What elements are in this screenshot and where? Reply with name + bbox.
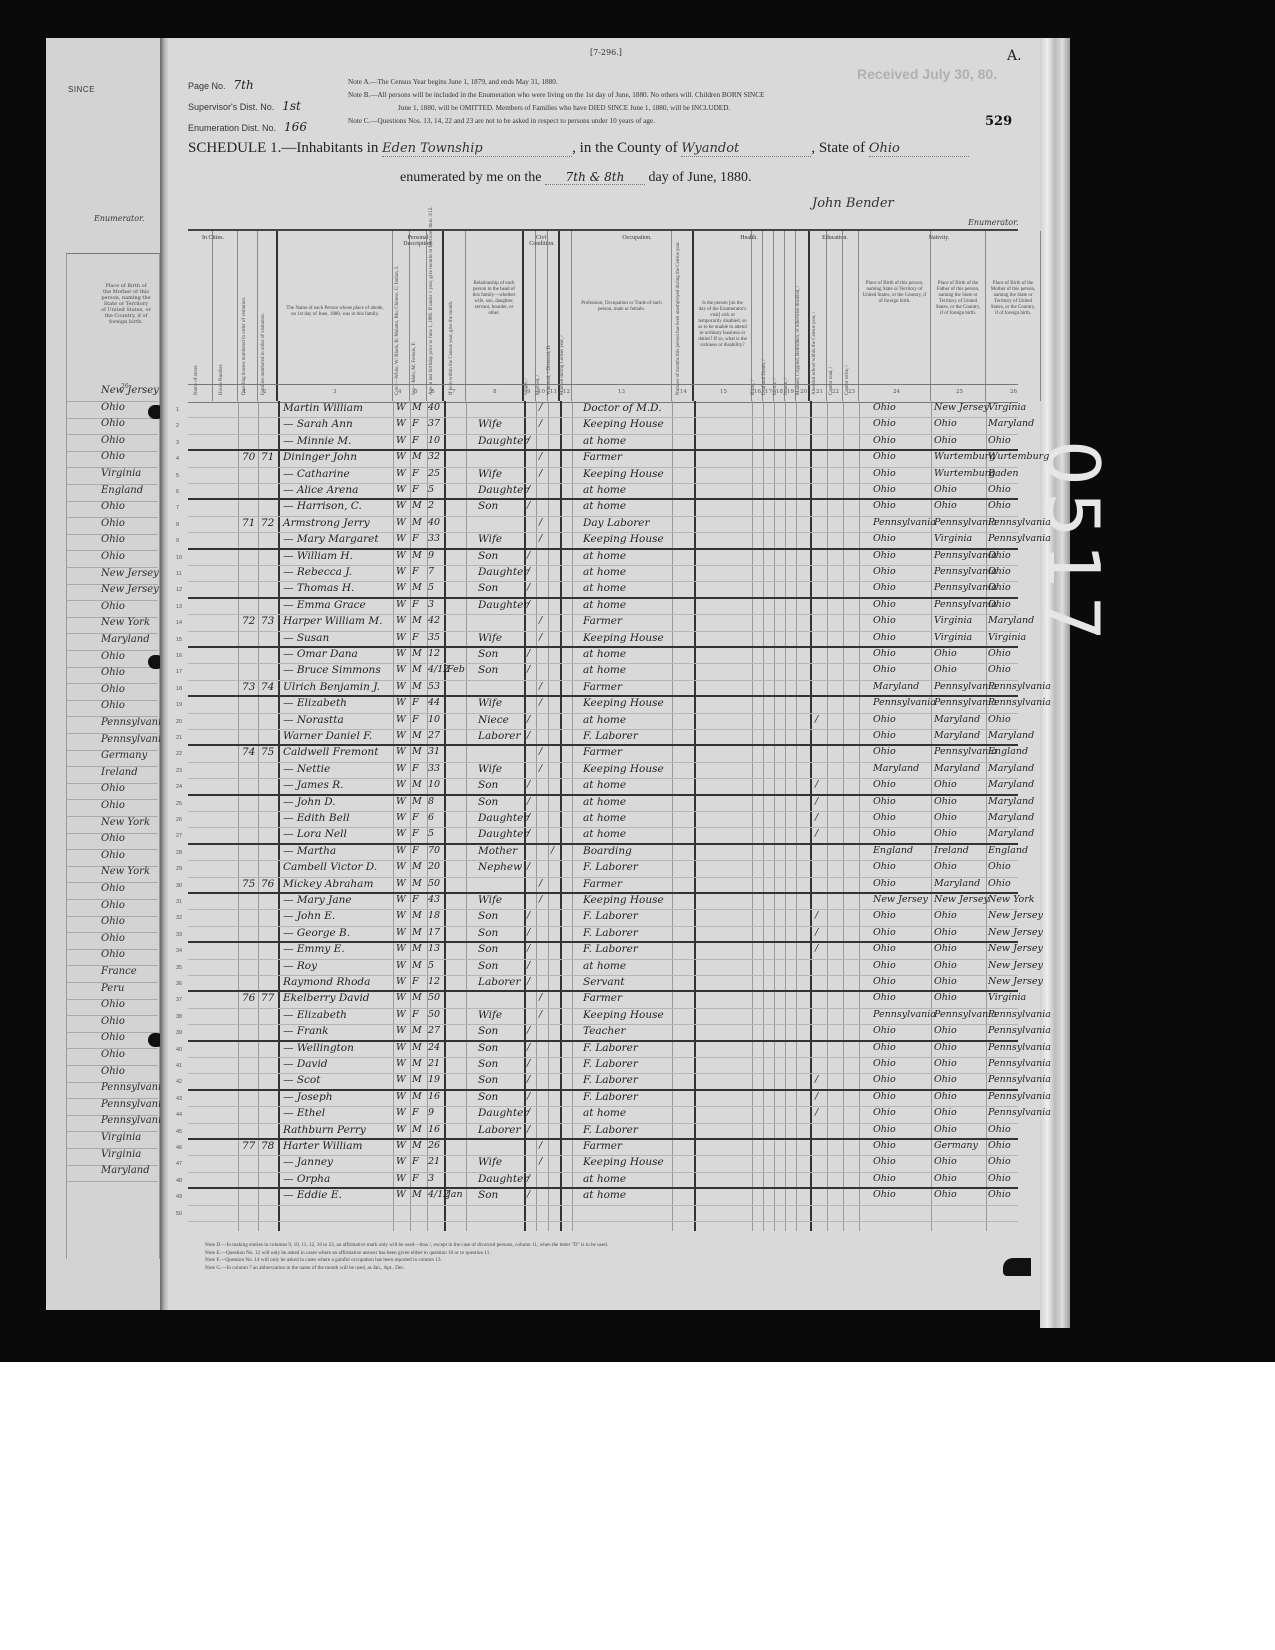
relationship: Son	[478, 1025, 498, 1037]
relationship: Son	[478, 927, 498, 939]
left-page-mother-birthplace: Virginia	[101, 1149, 141, 1160]
line-number: 49	[176, 1194, 182, 1200]
color: W	[396, 1156, 406, 1167]
color: W	[396, 632, 406, 643]
mother-birthplace: Pennsylvania	[988, 1025, 1051, 1036]
person-name: — Elizabeth	[283, 697, 347, 709]
left-page-mother-birthplace: Ohio	[101, 833, 125, 844]
father-birthplace: Germany	[934, 1140, 978, 1151]
left-page-mother-birthplace: Ohio	[101, 1032, 125, 1043]
relationship: Daughter	[478, 599, 528, 611]
father-birthplace: Ohio	[934, 992, 957, 1003]
person-name: Rathburn Perry	[283, 1124, 366, 1136]
color: W	[396, 1140, 406, 1151]
column-number: 21	[816, 389, 823, 395]
birthplace: Ohio	[873, 582, 896, 593]
person-name: — Rebecca J.	[283, 566, 352, 578]
mother-birthplace: Virginia	[988, 402, 1026, 413]
school-mark: /	[815, 1107, 818, 1118]
single-mark: /	[527, 828, 530, 839]
note-g: Note G.—In column 7 an abbreviation in t…	[205, 1265, 608, 1273]
single-mark: /	[527, 976, 530, 987]
single-mark: /	[527, 730, 530, 741]
person-name: — Ethel	[283, 1107, 325, 1119]
color: W	[396, 730, 406, 741]
birthplace: Ohio	[873, 632, 896, 643]
birthplace: Ohio	[873, 1042, 896, 1053]
school-mark: /	[815, 714, 818, 725]
single-mark: /	[527, 664, 530, 675]
single-mark: /	[527, 861, 530, 872]
occupation: Keeping House	[583, 1156, 664, 1168]
received-stamp: Received July 30, 80.	[857, 66, 997, 82]
mother-birthplace: Pennsylvania	[988, 1058, 1051, 1069]
col-cannot-write: Cannot write, /	[843, 231, 859, 401]
left-page-row: New York	[66, 865, 158, 883]
mother-birthplace: Ohio	[988, 435, 1011, 446]
left-page-row: Ohio	[66, 799, 158, 817]
supervisor-dist-value: 1st	[282, 99, 301, 113]
age: 13	[428, 943, 440, 954]
person-name: — Mary Margaret	[283, 533, 379, 545]
person-name: — Susan	[283, 632, 329, 644]
col-birthplace: Nativity.Place of Birth of this person, …	[859, 231, 931, 401]
line-number: 46	[176, 1145, 182, 1151]
table-row: 45Rathburn PerryWM16Laborer/F. LaborerOh…	[188, 1124, 1018, 1140]
page-no-label: Page No.	[188, 81, 226, 91]
birthplace: Ohio	[873, 878, 896, 889]
schedule-prefix: SCHEDULE 1.—Inhabitants in	[188, 140, 378, 156]
table-row: 26— Edith BellWF6Daughter/at home/OhioOh…	[188, 812, 1018, 828]
married-mark: /	[539, 681, 542, 692]
left-page-mother-birthplace: New York	[101, 817, 150, 828]
line-number: 21	[176, 735, 182, 741]
left-page-mother-birthplace: Ohio	[101, 684, 125, 695]
relationship: Son	[478, 910, 498, 922]
note-a: Note A.—The Census Year begins June 1, 1…	[348, 76, 764, 89]
line-number: 26	[176, 817, 182, 823]
sex: M	[412, 1189, 422, 1200]
family-number: 74	[261, 681, 274, 693]
person-name: — Omar Dana	[283, 648, 358, 660]
enumeration-dist-field: Enumeration Dist. No.166	[188, 120, 307, 134]
person-name: — Harrison, C.	[283, 500, 362, 512]
relationship: Son	[478, 1074, 498, 1086]
mother-birthplace: Ohio	[988, 664, 1011, 675]
left-page-row: Virginia	[66, 1148, 158, 1166]
birthplace: Ohio	[873, 779, 896, 790]
relationship: Son	[478, 500, 498, 512]
note-f: Note F.—Question No. 14 will only be ask…	[205, 1257, 608, 1265]
color: W	[396, 812, 406, 823]
table-row: 5— CatharineWF25Wife/Keeping HouseOhioWu…	[188, 468, 1018, 484]
left-page-mother-birthplace: Ohio	[101, 883, 125, 894]
line-number: 42	[176, 1079, 182, 1085]
person-name: — Janney	[283, 1156, 333, 1168]
color: W	[396, 960, 406, 971]
enumerated-suffix: day of June, 1880.	[649, 170, 752, 185]
relationship: Son	[478, 943, 498, 955]
married-mark: /	[539, 697, 542, 708]
col-color-label: Color—White, W; Black, B; Mulatto, Mu; C…	[395, 266, 401, 395]
relationship: Wife	[478, 533, 502, 545]
married-mark: /	[539, 632, 542, 643]
color: W	[396, 566, 406, 577]
person-name: — John E.	[283, 910, 335, 922]
corner-letter: A.	[1007, 48, 1022, 64]
left-page-mother-birthplace: New Jersey	[101, 385, 159, 396]
column-number: 24	[893, 389, 900, 395]
father-birthplace: Wurtemburg	[934, 468, 995, 479]
birthplace: Ohio	[873, 550, 896, 561]
family-number: 73	[261, 615, 274, 627]
left-page-mother-birthplace: Ohio	[101, 916, 125, 927]
father-birthplace: Ohio	[934, 910, 957, 921]
father-birthplace: Virginia	[934, 533, 972, 544]
mother-birthplace: Ohio	[988, 878, 1011, 889]
relationship: Son	[478, 1042, 498, 1054]
father-birthplace: Maryland	[934, 714, 980, 725]
line-number: 5	[176, 473, 179, 479]
birthplace: Ohio	[873, 418, 896, 429]
person-name: — Minnie M.	[283, 435, 351, 447]
single-mark: /	[527, 796, 530, 807]
father-birthplace: Ohio	[934, 927, 957, 938]
page-no-field: Page No.7th	[188, 78, 254, 92]
col-maimed: Maimed, Crippled, Bedridden, or otherwis…	[796, 231, 810, 401]
sex: M	[412, 960, 422, 971]
left-page-row: Ohio	[66, 849, 158, 867]
left-page-row: Ohio	[66, 998, 158, 1016]
father-birthplace: Ohio	[934, 484, 957, 495]
occupation: Keeping House	[583, 418, 664, 430]
age: 9	[428, 550, 434, 561]
mother-birthplace: Pennsylvania	[988, 517, 1051, 528]
color: W	[396, 828, 406, 839]
left-page-mother-birthplace: Pennsylvania	[101, 1099, 167, 1110]
age: 24	[428, 1042, 440, 1053]
occupation: F. Laborer	[583, 910, 638, 922]
left-page-mother-birthplace: Ohio	[101, 933, 125, 944]
single-mark: /	[527, 648, 530, 659]
married-mark: /	[539, 402, 542, 413]
father-birthplace: Ohio	[934, 418, 957, 429]
column-number: 6	[431, 389, 435, 395]
age: 33	[428, 533, 440, 544]
left-page-mother-birthplace: England	[101, 485, 143, 496]
table-row: 35— RoyWM5Son/at homeOhioOhioNew Jersey	[188, 960, 1018, 976]
family-number: 75	[261, 746, 274, 758]
dwelling-number: 74	[242, 746, 255, 758]
col-deaf: Deaf and Dumb, /	[763, 231, 774, 401]
single-mark: /	[527, 599, 530, 610]
birthplace: Ohio	[873, 566, 896, 577]
person-name: — John D.	[283, 796, 336, 808]
left-page-mother-birthplace: France	[101, 966, 137, 977]
occupation: Keeping House	[583, 894, 664, 906]
table-row: 27— Lora NellWF5Daughter/at home/OhioOhi…	[188, 828, 1018, 844]
col-idiotic: Idiotic, /	[774, 231, 785, 401]
table-row: 49— Eddie E.WM4/12JanSon/at homeOhioOhio…	[188, 1189, 1018, 1205]
left-page-row: Ohio	[66, 500, 158, 518]
relationship: Wife	[478, 418, 502, 430]
mother-birthplace: Maryland	[988, 779, 1034, 790]
col-father-label: Place of Birth of the Father of this per…	[936, 281, 981, 316]
single-mark: /	[527, 1058, 530, 1069]
married-mark: /	[539, 533, 542, 544]
age: 3	[428, 1173, 434, 1184]
left-page-row: Ohio	[66, 782, 158, 800]
relationship: Wife	[478, 632, 502, 644]
left-page-row: Pennsylvania	[66, 716, 158, 734]
color: W	[396, 1058, 406, 1069]
table-row: 12— Thomas H.WM5Son/at homeOhioPennsylva…	[188, 582, 1018, 598]
column-number: 8	[493, 389, 497, 395]
occupation: Day Laborer	[583, 517, 649, 529]
occupation: Keeping House	[583, 1009, 664, 1021]
married-mark: /	[539, 418, 542, 429]
occupation: at home	[583, 796, 626, 808]
person-name: — Norastta	[283, 714, 344, 726]
birthplace: Ohio	[873, 1091, 896, 1102]
person-name: — Emma Grace	[283, 599, 366, 611]
sex: F	[412, 599, 419, 610]
column-number: 23	[848, 389, 855, 395]
person-name: — Edith Bell	[283, 812, 350, 824]
person-name: Cambell Victor D.	[283, 861, 377, 873]
age: 33	[428, 763, 440, 774]
birthplace: Ohio	[873, 1124, 896, 1135]
birth-month: Feb	[447, 664, 465, 675]
table-row: 227475Caldwell FremontWM31/FarmerOhioPen…	[188, 746, 1018, 762]
sex: F	[412, 1173, 419, 1184]
sex: F	[412, 763, 419, 774]
occupation: F. Laborer	[583, 943, 638, 955]
age: 50	[428, 1009, 440, 1020]
single-mark: /	[527, 484, 530, 495]
left-page-enumerator-label: Enumerator.	[94, 214, 145, 223]
left-page-row: New Jersey	[66, 384, 158, 402]
table-row: 38— ElizabethWF50Wife/Keeping HousePenns…	[188, 1009, 1018, 1025]
relationship: Daughter	[478, 812, 528, 824]
school-mark: /	[815, 812, 818, 823]
married-mark: /	[539, 451, 542, 462]
birthplace: Ohio	[873, 664, 896, 675]
widowed-mark: /	[551, 845, 554, 856]
dwelling-number: 77	[242, 1140, 255, 1152]
age: 10	[428, 714, 440, 725]
line-number: 28	[176, 850, 182, 856]
line-number: 18	[176, 686, 182, 692]
occupation: at home	[583, 664, 626, 676]
table-row: 32— John E.WM18Son/F. Laborer/OhioOhioNe…	[188, 910, 1018, 926]
left-page-row: England	[66, 484, 158, 502]
color: W	[396, 418, 406, 429]
birthplace: Maryland	[873, 681, 919, 692]
person-name: — David	[283, 1058, 328, 1070]
father-birthplace: Ohio	[934, 976, 957, 987]
note-b: Note B.—All persons will be included in …	[348, 89, 764, 102]
father-birthplace: Virginia	[934, 615, 972, 626]
father-birthplace: Ohio	[934, 1058, 957, 1069]
enumerated-days: 7th & 8th	[545, 170, 645, 185]
left-page-mother-birthplace: Ohio	[101, 1066, 125, 1077]
left-page-mother-birthplace: New Jersey	[101, 568, 159, 579]
color: W	[396, 500, 406, 511]
single-mark: /	[527, 566, 530, 577]
single-mark: /	[527, 550, 530, 561]
column-number: 3	[333, 389, 337, 395]
person-name: — Mary Jane	[283, 894, 352, 906]
table-row: 28— MarthaWF70Mother/BoardingEnglandIrel…	[188, 845, 1018, 861]
left-page-mother-birthplace: Maryland	[101, 634, 150, 645]
line-number: 36	[176, 981, 182, 987]
mother-birthplace: Pennsylvania	[988, 1091, 1051, 1102]
age: 3	[428, 599, 434, 610]
sex: F	[412, 533, 419, 544]
line-number: 17	[176, 669, 182, 675]
person-name: — Emmy E.	[283, 943, 345, 955]
age: 16	[428, 1091, 440, 1102]
age: 12	[428, 976, 440, 987]
left-page-row: Ohio	[66, 1031, 158, 1049]
sex: F	[412, 435, 419, 446]
left-page-column-header: Place of Birth of the Mother of this per…	[101, 283, 151, 325]
color: W	[396, 1009, 406, 1020]
table-row: 307576Mickey AbrahamWM50/FarmerOhioMaryl…	[188, 878, 1018, 894]
left-page-row: Ohio	[66, 948, 158, 966]
person-name: — Elizabeth	[283, 1009, 347, 1021]
col-name: The Name of each Person whose place of a…	[278, 231, 393, 401]
relationship: Niece	[478, 714, 509, 726]
birthplace: Ohio	[873, 992, 896, 1003]
father-birthplace: Ohio	[934, 1189, 957, 1200]
enumerator-signature: John Bender	[812, 196, 894, 211]
left-page-row: Ohio	[66, 434, 158, 452]
color: W	[396, 533, 406, 544]
dwelling-number: 75	[242, 878, 255, 890]
color: W	[396, 1124, 406, 1135]
color: W	[396, 1025, 406, 1036]
relationship: Laborer	[478, 730, 521, 742]
sex: F	[412, 828, 419, 839]
header-notes: Note A.—The Census Year begins June 1, 1…	[348, 76, 764, 128]
person-name: Mickey Abraham	[283, 878, 373, 890]
mother-birthplace: England	[988, 746, 1028, 757]
table-row: 10— William H.WM9Son/at homeOhioPennsylv…	[188, 550, 1018, 566]
color: W	[396, 943, 406, 954]
married-mark: /	[539, 763, 542, 774]
mother-birthplace: Maryland	[988, 730, 1034, 741]
table-row: 47071Dininger JohnWM32/FarmerOhioWurtemb…	[188, 451, 1018, 467]
form-number: [7-296.]	[590, 48, 622, 57]
school-mark: /	[815, 779, 818, 790]
color: W	[396, 910, 406, 921]
age: 53	[428, 681, 440, 692]
col-married-year: Married during Census year, /	[560, 231, 572, 401]
single-mark: /	[527, 960, 530, 971]
birthplace: Ohio	[873, 1173, 896, 1184]
birthplace: Ohio	[873, 599, 896, 610]
relationship: Wife	[478, 1009, 502, 1021]
col-relationship: Relationship of each person to the head …	[466, 231, 524, 401]
father-birthplace: Wurtemburg	[934, 451, 995, 462]
person-name: Martin William	[283, 402, 363, 414]
father-birthplace: Ohio	[934, 960, 957, 971]
school-mark: /	[815, 1074, 818, 1085]
birth-month: Jan	[447, 1189, 463, 1200]
school-mark: /	[815, 796, 818, 807]
single-mark: /	[527, 1107, 530, 1118]
left-page-row: Ohio	[66, 683, 158, 701]
table-row: 34— Emmy E.WM13Son/F. Laborer/OhioOhioNe…	[188, 943, 1018, 959]
age: 21	[428, 1058, 440, 1069]
single-mark: /	[527, 1074, 530, 1085]
person-name: — George B.	[283, 927, 350, 939]
person-name: — Scot	[283, 1074, 320, 1086]
schedule-title: SCHEDULE 1.—Inhabitants in Eden Township…	[188, 140, 969, 157]
line-number: 32	[176, 915, 182, 921]
col-father-birthplace: Place of Birth of the Father of this per…	[931, 231, 986, 401]
left-page-row: Ohio	[66, 666, 158, 684]
color: W	[396, 402, 406, 413]
single-mark: /	[527, 1124, 530, 1135]
occupation: Teacher	[583, 1025, 626, 1037]
line-number: 8	[176, 522, 179, 528]
col-school: Education.Attended school within the Cen…	[810, 231, 827, 401]
column-number: 25	[956, 389, 963, 395]
sex: M	[412, 648, 422, 659]
person-name: — Joseph	[283, 1091, 332, 1103]
left-page-row: Pennsylvania	[66, 1098, 158, 1116]
left-page-row: Pennsylvania	[66, 733, 158, 751]
sex: F	[412, 632, 419, 643]
state-value: Ohio	[869, 141, 969, 157]
left-page-mother-birthplace: Virginia	[101, 468, 141, 479]
person-name: Harter William	[283, 1140, 362, 1152]
left-page-row: Ohio	[66, 899, 158, 917]
color: W	[396, 894, 406, 905]
person-name: — Orpha	[283, 1173, 330, 1185]
sex: M	[412, 550, 422, 561]
column-number: 20	[800, 389, 807, 395]
mother-birthplace: Maryland	[988, 812, 1034, 823]
school-mark: /	[815, 910, 818, 921]
birthplace: Ohio	[873, 1140, 896, 1151]
relationship: Son	[478, 648, 498, 660]
relationship: Daughter	[478, 484, 528, 496]
left-page-row: Ohio	[66, 932, 158, 950]
birthplace: Ohio	[873, 746, 896, 757]
line-number: 14	[176, 620, 182, 626]
note-b-cont: June 1, 1880, will be OMITTED. Members o…	[348, 102, 764, 115]
relationship: Daughter	[478, 566, 528, 578]
married-mark: /	[539, 468, 542, 479]
mother-birthplace: Ohio	[988, 714, 1011, 725]
birthplace: Ohio	[873, 910, 896, 921]
person-name: — Eddie E.	[283, 1189, 342, 1201]
note-e: Note E.—Question No. 12 will only be ask…	[205, 1250, 608, 1258]
family-number: 72	[261, 517, 274, 529]
father-birthplace: Ohio	[934, 1091, 957, 1102]
occupation: at home	[583, 828, 626, 840]
relationship: Wife	[478, 763, 502, 775]
single-mark: /	[527, 1173, 530, 1184]
mother-birthplace: Maryland	[988, 796, 1034, 807]
father-birthplace: Ohio	[934, 796, 957, 807]
col-occupation-label: Profession, Occupation or Trade of each …	[581, 301, 662, 312]
line-number: 6	[176, 489, 179, 495]
